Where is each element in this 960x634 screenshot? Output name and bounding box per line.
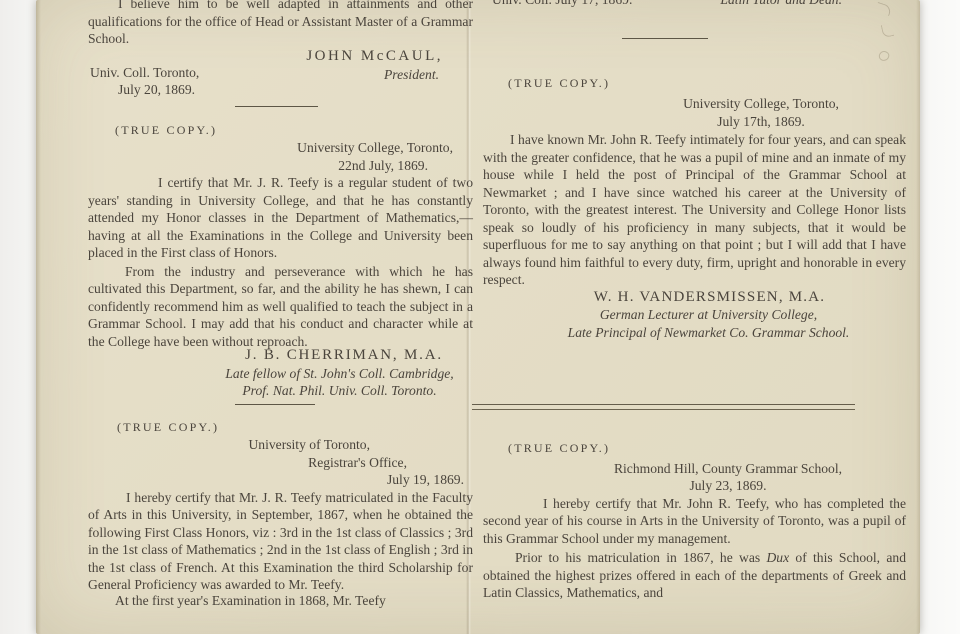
signature-name: JOHN McCAUL, <box>88 48 473 66</box>
true-copy-label: (TRUE COPY.) <box>117 419 473 437</box>
scanned-document-paper: I believe him to be well adapted in atta… <box>36 0 920 634</box>
dateline-line: July 20, 1869. <box>90 81 199 99</box>
signature-name: W. H. VANDERSMISSEN, M.A. <box>483 289 906 307</box>
left-page-column: I believe him to be well adapted in atta… <box>88 0 473 609</box>
section-rule <box>235 404 315 405</box>
clipped-signature-fragment: Univ. Coll. July 17, 1869. Latin Tutor a… <box>483 0 906 9</box>
dateline-line: Univ. Coll. Toronto, <box>90 64 199 82</box>
signature-title: Late Principal of Newmarket Co. Grammar … <box>511 324 906 342</box>
dateline-line: 22nd July, 1869. <box>88 157 473 175</box>
letter-paragraph: From the industry and perseverance with … <box>88 263 473 351</box>
dateline-line: University of Toronto, <box>88 436 473 454</box>
section-rule <box>235 106 318 107</box>
true-copy-label: (TRUE COPY.) <box>115 122 473 140</box>
clipped-text-fragment: At the first year's Examination in 1868,… <box>88 592 473 610</box>
opening-paragraph: I believe him to be well adapted in atta… <box>88 0 473 48</box>
signature-title: Prof. Nat. Phil. Univ. Coll. Toronto. <box>206 382 473 400</box>
letter-paragraph: Prior to his matriculation in 1867, he w… <box>483 549 906 602</box>
dateline: Univ. Coll. Toronto, July 20, 1869. <box>90 64 199 99</box>
dateline: Richmond Hill, County Grammar School, Ju… <box>483 460 906 495</box>
dateline: University of Toronto, Registrar's Offic… <box>88 436 473 489</box>
paragraph-text: Prior to his matriculation in 1867, he w… <box>515 550 766 565</box>
dateline-line: July 19, 1869. <box>88 471 473 489</box>
letter-paragraph: I hereby certify that Mr. John R. Teefy,… <box>483 495 906 548</box>
vandersmissen-signature-block: W. H. VANDERSMISSEN, M.A. German Lecture… <box>483 289 906 342</box>
letter-paragraph: I hereby certify that Mr. J. R. Teefy ma… <box>88 489 473 594</box>
signature-titles: German Lecturer at University College, L… <box>483 306 906 341</box>
section-rule <box>622 38 708 39</box>
dateline-line: July 17th, 1869. <box>616 113 906 131</box>
cherriman-signature-block: J. B. CHERRIMAN, M.A. Late fellow of St.… <box>88 347 473 400</box>
letter-paragraph: I certify that Mr. J. R. Teefy is a regu… <box>88 174 473 262</box>
signature-title: German Lecturer at University College, <box>511 306 906 324</box>
dateline-fragment: Univ. Coll. July 17, 1869. <box>492 0 632 9</box>
dateline-line: July 23, 1869. <box>550 477 906 495</box>
dateline: University College, Toronto, July 17th, … <box>483 95 906 130</box>
right-page-column: Univ. Coll. July 17, 1869. Latin Tutor a… <box>483 0 906 602</box>
true-copy-label: (TRUE COPY.) <box>508 75 906 93</box>
signature-titles: Late fellow of St. John's Coll. Cambridg… <box>88 365 473 400</box>
signature-title: Late fellow of St. John's Coll. Cambridg… <box>206 365 473 383</box>
dateline-line: Richmond Hill, County Grammar School, <box>550 460 906 478</box>
letter-paragraph: I have known Mr. John R. Teefy intimatel… <box>483 131 906 289</box>
dateline-line: Registrar's Office, <box>88 454 473 472</box>
signature-title-fragment: Latin Tutor and Dean. <box>720 0 842 9</box>
dateline-line: University College, Toronto, <box>88 139 473 157</box>
true-copy-label: (TRUE COPY.) <box>508 440 906 458</box>
mccaul-signature-block: JOHN McCAUL, President. Univ. Coll. Toro… <box>88 48 473 98</box>
document-photo-background: I believe him to be well adapted in atta… <box>0 0 960 634</box>
dateline-line: University College, Toronto, <box>616 95 906 113</box>
dateline: University College, Toronto, 22nd July, … <box>88 139 473 174</box>
dux-italic-word: Dux <box>766 550 789 565</box>
